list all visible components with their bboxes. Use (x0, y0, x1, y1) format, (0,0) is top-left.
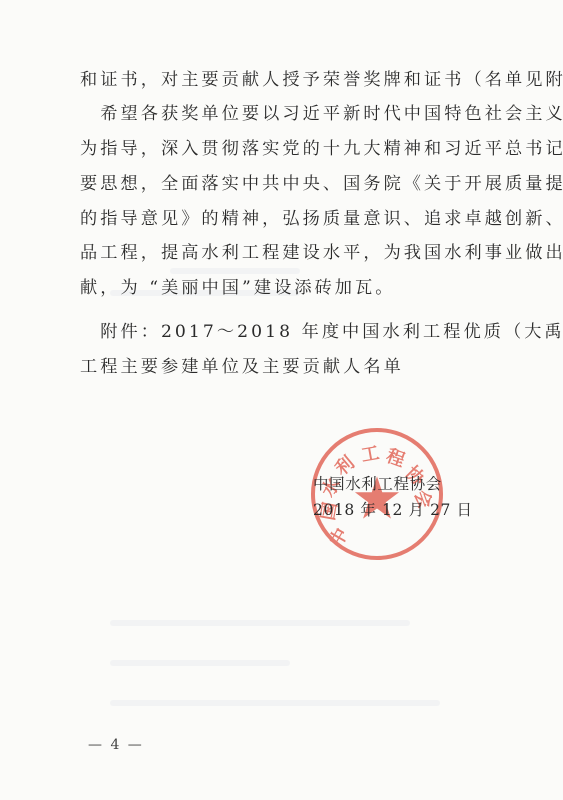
document-page: 和证书，对主要贡献人授予荣誉奖牌和证书（名单见附件）。 希望各获奖单位要以习近平… (0, 0, 563, 800)
body-line: 的指导意见》的精神，弘扬质量意识、追求卓越创新、打造精 (80, 207, 490, 231)
attachment-line: 工程主要参建单位及主要贡献人名单 (80, 355, 490, 379)
body-line: 为指导，深入贯彻落实党的十九大精神和习近平总书记治水重 (80, 137, 490, 161)
bleed-through-mark (110, 700, 440, 706)
bleed-through-mark (110, 620, 410, 626)
attachment-line: 附件：2017～2018 年度中国水利工程优质（大禹）奖获奖 (80, 320, 490, 344)
body-line: 品工程，提高水利工程建设水平，为我国水利事业做出更大贡 (80, 241, 490, 265)
official-seal: 中 国 水 利 工 程 协 会 (311, 428, 443, 560)
bleed-through-mark (170, 268, 300, 274)
seal-char: 工 (359, 439, 381, 468)
seal-char: 程 (383, 442, 409, 473)
body-line: 要思想，全面落实中共中央、国务院《关于开展质量提升行动 (80, 172, 490, 196)
bleed-through-mark (110, 660, 290, 666)
body-line: 希望各获奖单位要以习近平新时代中国特色社会主义思想 (80, 102, 490, 126)
signature-date: 2018 年 12 月 27 日 (313, 498, 473, 520)
body-line: 和证书，对主要贡献人授予荣誉奖牌和证书（名单见附件）。 (80, 68, 490, 92)
signature-org: 中国水利工程协会 (313, 472, 442, 494)
body-line: 献，为 “美丽中国”建设添砖加瓦。 (80, 276, 490, 300)
page-number: — 4 — (88, 737, 144, 753)
seal-char: 中 (322, 523, 354, 552)
